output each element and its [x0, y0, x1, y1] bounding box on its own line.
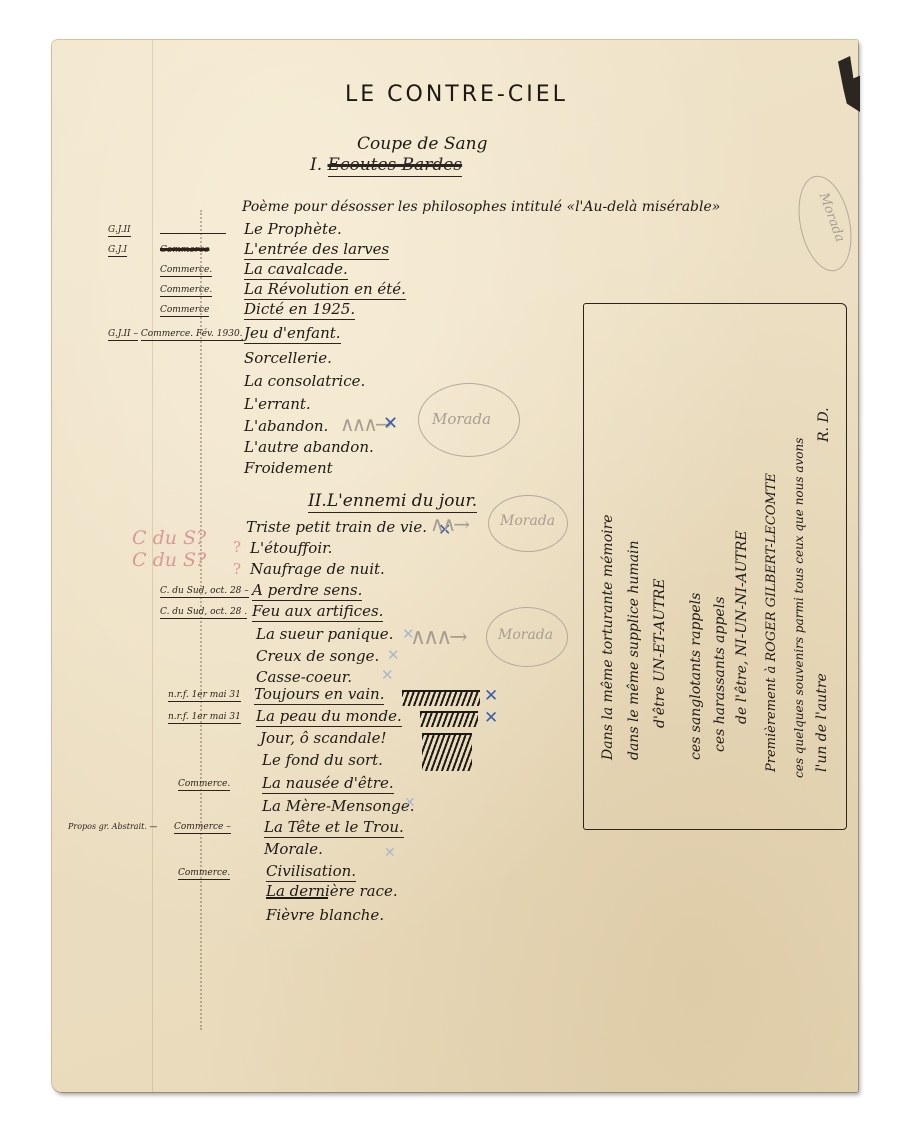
red-question-mark: ? [233, 538, 241, 556]
entry-title: L'errant. [244, 395, 311, 413]
section1-heading: I. Ecoutes Bardes [310, 155, 462, 175]
pale-blue-cross: ✕ [384, 845, 396, 861]
dedication-line: ces harassants appels [712, 597, 728, 752]
entry-title: Feu aux artifices. [252, 602, 383, 622]
entry-title: Jeu d'enfant. [244, 324, 341, 344]
entry-title: Sorcellerie. [244, 349, 332, 367]
section2-heading: II.L'ennemi du jour. [308, 491, 477, 511]
section1-number: I. [310, 155, 322, 175]
entry-note: C. du Sud, oct. 28 . [160, 607, 247, 619]
pale-blue-cross: ✕ [387, 646, 400, 664]
red-pencil-note: C du S? [132, 549, 206, 571]
entry-title: Fièvre blanche. [266, 906, 384, 924]
pale-blue-cross: ✕ [381, 666, 394, 684]
pencil-oval-label: Morada [432, 410, 491, 428]
entry-title: Casse-coeur. [256, 668, 352, 686]
entry-title: L'entrée des larves [244, 240, 389, 260]
entry-title: La nausée d'être. [262, 774, 394, 794]
dedication-line: Premièrement à ROGER GILBERT-LECOMTE [764, 473, 779, 772]
pencil-oval-label: Morada [498, 627, 553, 643]
entry-title: Toujours en vain. [254, 685, 384, 705]
dedication-line: dans le même supplice humain [626, 540, 642, 760]
entry-title: Civilisation. [266, 862, 356, 882]
dedication-line: d'être UN-ET-AUTRE [652, 579, 668, 728]
blue-cross-mark: ✕ [484, 686, 498, 706]
entry-title: La Mère-Mensonge. [262, 797, 415, 815]
dedication-line: ces quelques souvenirs parmi tous ceux q… [792, 438, 806, 778]
dedication-line: ces sanglotants rappels [688, 593, 704, 760]
blue-cross-mark: ✕ [484, 708, 498, 728]
entry-margin: G.J.II [108, 225, 131, 237]
section1-struck-heading: Ecoutes Bardes [328, 155, 463, 177]
entry-note: Commerce – [174, 822, 231, 834]
entry-title: La cavalcade. [244, 260, 348, 280]
entry-note: Commerce [160, 305, 209, 317]
entry-margin: G.J.II – Commerce. Fév. 1930. [108, 329, 243, 339]
entry-note: n.r.f. 1er mai 31 [168, 690, 241, 702]
entry-margin: G.J.I [108, 245, 127, 257]
torn-corner [838, 56, 860, 112]
entry-note: C. du Sud, oct. 28 – [160, 586, 249, 598]
entry-note: Commerce. [178, 868, 230, 880]
entry-title: La Révolution en été. [244, 280, 406, 300]
entry-title: A perdre sens. [252, 581, 362, 601]
pencil-zigzag-arrow: ∧∧→ [430, 512, 467, 536]
page-title: LE CONTRE-CIEL [345, 82, 568, 107]
entry-title: L'autre abandon. [244, 438, 374, 456]
pale-blue-cross: ✕ [404, 795, 416, 811]
entry-title: Creux de songe. [256, 647, 379, 665]
dedication-line: de l'être, NI-UN-NI-AUTRE [734, 530, 750, 724]
entry-title: Morale. [264, 840, 323, 858]
pencil-zigzag-arrow: ∧∧∧→ [340, 412, 389, 436]
ink-scribble-deletion [402, 690, 480, 706]
entry-title: La consolatrice. [244, 372, 365, 390]
dedication-line: Dans la même torturante mémoire [600, 514, 616, 760]
pencil-oval-label: Morada [500, 513, 555, 529]
dedication-line: l'un de l'autre [814, 673, 830, 772]
entry-title: Le Prophète. [244, 220, 342, 238]
red-pencil-note: C du S? [132, 527, 206, 549]
preface-line: Poème pour désosser les philosophes inti… [242, 199, 720, 215]
pencil-zigzag-arrow: ∧∧∧→ [410, 625, 465, 650]
dedication-signature: R. D. [816, 407, 832, 442]
entry-note: n.r.f. 1er mai 31 [168, 712, 241, 724]
entry-dash [160, 233, 226, 234]
entry-margin: Propos gr. Abstrait. — [68, 822, 157, 831]
entry-title: Dicté en 1925. [244, 300, 355, 320]
entry-title: La peau du monde. [256, 707, 402, 727]
entry-title: La sueur panique. [256, 625, 393, 643]
entry-title: L'abandon. [244, 417, 328, 435]
entry-title: L'étouffoir. [250, 539, 332, 557]
entry-title: Jour, ô scandale! [260, 729, 387, 747]
entry-title: Naufrage de nuit. [250, 560, 385, 578]
red-question-mark: ? [233, 560, 241, 578]
ink-scribble-deletion [420, 711, 478, 727]
entry-note: Commerce. [160, 265, 212, 277]
entry-title: Froidement [244, 459, 333, 477]
entry-note: Commerce. [160, 285, 212, 297]
blue-cross-mark: ✕ [383, 413, 398, 434]
entry-title: Le fond du sort. [262, 751, 383, 769]
entry-note: Commerce. [178, 779, 230, 791]
entry-note-struck: Commerce [160, 245, 209, 255]
struck-underline [266, 897, 328, 899]
entry-title: Triste petit train de vie. [246, 518, 427, 536]
entry-title: La Tête et le Trou. [264, 818, 404, 838]
ink-scribble-deletion [422, 733, 472, 771]
section1-inserted-heading: Coupe de Sang [357, 134, 488, 154]
